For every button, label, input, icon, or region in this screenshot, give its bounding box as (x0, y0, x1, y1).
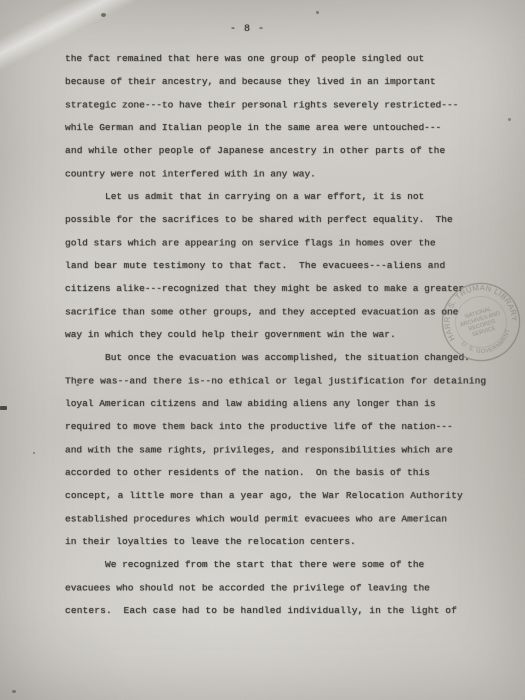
text-line: and with the same rights, privileges, an… (65, 438, 485, 461)
paper-speck (316, 11, 319, 14)
text-line: way in which they could help their gover… (65, 323, 485, 346)
text-line: the fact remained that here was one grou… (65, 47, 485, 70)
text-line: centers. Each case had to be handled ind… (65, 599, 485, 622)
paper-speck (33, 452, 35, 454)
text-line: gold stars which are appearing on servic… (65, 231, 485, 254)
text-line: citizens alike---recognized that they mi… (65, 277, 485, 300)
text-line: strategic zone---to have their personal … (65, 93, 485, 116)
text-line: sacrifice than some other groups, and th… (65, 300, 485, 323)
text-line: in their loyalties to leave the relocati… (65, 530, 485, 553)
text-line: loyal American citizens and law abiding … (65, 392, 485, 415)
text-line: concept, a little more than a year ago, … (65, 484, 485, 507)
text-line: accorded to other residents of the natio… (65, 461, 485, 484)
text-line: There was--and there is--no ethical or l… (65, 369, 485, 392)
text-line: We recognized from the start that there … (65, 553, 485, 576)
text-line: country were not interfered with in any … (65, 162, 485, 185)
text-line: because of their ancestry, and because t… (65, 70, 485, 93)
document-body: the fact remained that here was one grou… (65, 47, 485, 622)
text-line: But once the evacuation was accomplished… (65, 346, 485, 369)
text-line: land bear mute testimony to that fact. T… (65, 254, 485, 277)
paper-speck (101, 13, 106, 17)
paper-speck (508, 118, 511, 121)
paper-speck (12, 690, 16, 693)
text-line: required to move them back into the prod… (65, 415, 485, 438)
text-line: possible for the sacrifices to be shared… (65, 208, 485, 231)
text-line: and while other people of Japanese ances… (65, 139, 485, 162)
text-line: Let us admit that in carrying on a war e… (65, 185, 485, 208)
paper-speck (0, 406, 7, 410)
text-line: while German and Italian people in the s… (65, 116, 485, 139)
text-line: evacuees who should not be accorded the … (65, 576, 485, 599)
page-number: - 8 - (0, 24, 510, 35)
text-line: established procedures which would permi… (65, 507, 485, 530)
document-page: - 8 - the fact remained that here was on… (0, 0, 525, 700)
